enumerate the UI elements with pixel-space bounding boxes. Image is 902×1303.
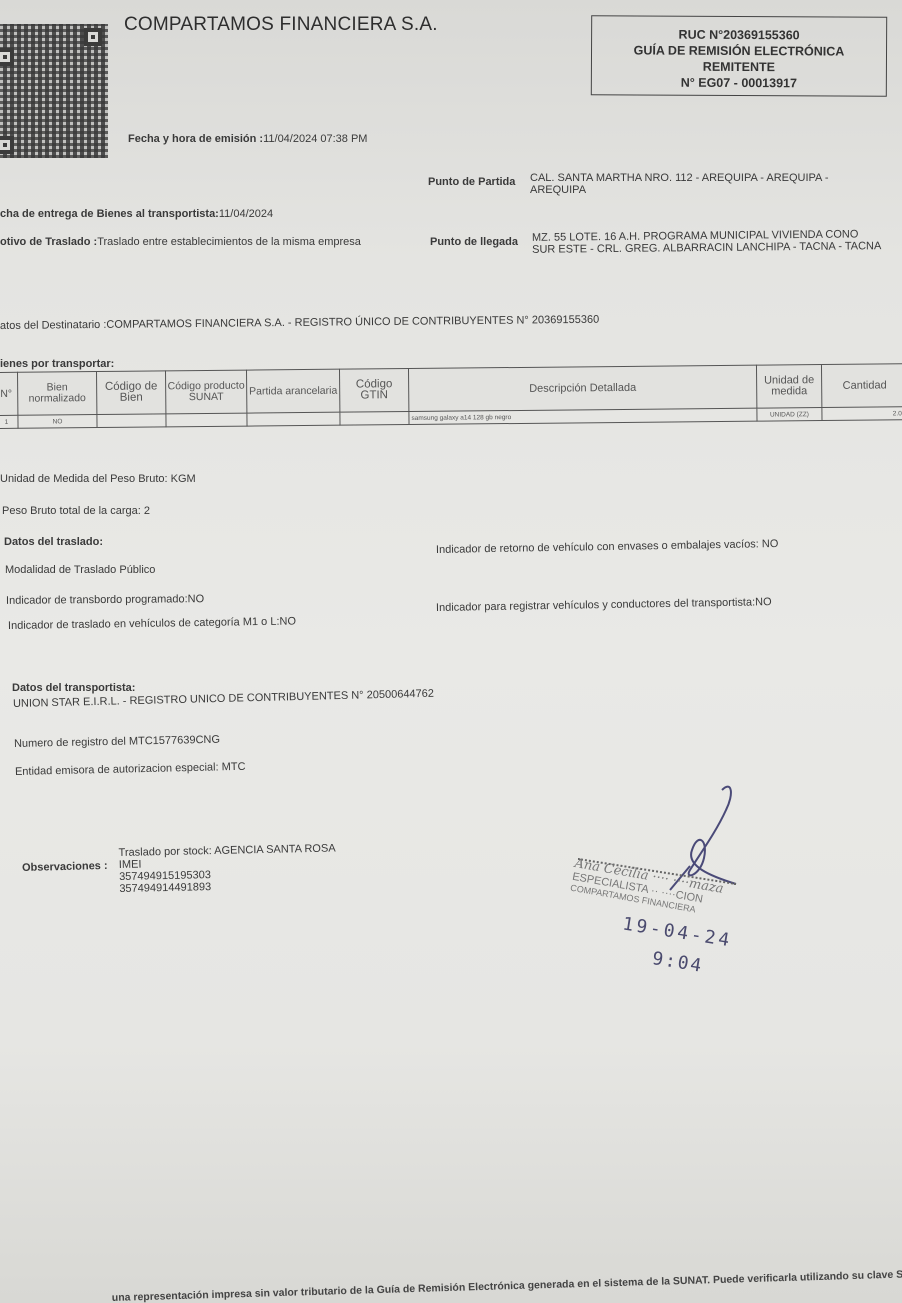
return-vehicle-indicator: Indicador de retorno de vehículo con env… (436, 538, 779, 556)
column-header: Código de Bien (97, 371, 166, 415)
qr-code (0, 24, 108, 158)
origin-label: Punto de Partida (428, 176, 515, 188)
handwritten-time: 9:04 (651, 948, 705, 977)
observations-text: Traslado por stock: AGENCIA SANTA ROSA I… (118, 842, 336, 895)
handwritten-date: 19-04-24 (621, 913, 734, 951)
cell-normalizado: NO (18, 415, 97, 429)
recipient-value: COMPARTAMOS FINANCIERA S.A. - REGISTRO Ú… (106, 314, 599, 331)
carrier-title: Datos del transportista: (12, 682, 135, 694)
goods-title: ienes por transportar: (0, 358, 114, 370)
recipient-label: atos del Destinatario : (0, 319, 106, 332)
emission-label: Fecha y hora de emisión : (128, 133, 263, 145)
transfer-title: Datos del traslado: (4, 536, 103, 548)
column-header: Código GTIN (339, 369, 408, 413)
transshipment-indicator: Indicador de transbordo programado:NO (6, 593, 204, 607)
observations-label: Observaciones : (22, 860, 108, 874)
column-header: Cantidad (821, 364, 902, 408)
ruc-box: RUC N°20369155360 GUÍA DE REMISIÓN ELECT… (591, 15, 887, 97)
transfer-reason: otivo de Traslado :Traslado entre establ… (0, 236, 361, 248)
column-header: Bien normalizado (18, 372, 97, 416)
weight-total: Peso Bruto total de la carga: 2 (2, 505, 150, 517)
column-header: Código producto SUNAT (165, 370, 246, 414)
qr-finder-icon (0, 136, 14, 154)
cell-n: 1 (0, 415, 18, 428)
reason-value: Traslado entre establecimientos de la mi… (97, 236, 361, 248)
cell-unidad: UNIDAD (ZZ) (757, 408, 822, 422)
qr-finder-icon (84, 28, 102, 46)
cell-codigo-sunat (166, 413, 247, 427)
delivery-date-label: cha de entrega de Bienes al transportist… (0, 208, 219, 220)
delivery-date: cha de entrega de Bienes al transportist… (0, 208, 273, 220)
emission-value: 11/04/2024 07:38 PM (263, 133, 367, 145)
cell-codigo-bien (97, 414, 166, 428)
origin-value: CAL. SANTA MARTHA NRO. 112 - AREQUIPA - … (530, 172, 870, 196)
document-type: GUÍA DE REMISIÓN ELECTRÓNICA (592, 42, 886, 60)
cell-descripcion: samsung galaxy a14 128 gb negro (409, 408, 757, 424)
carrier-authority: Entidad emisora de autorizacion especial… (15, 761, 246, 778)
cell-partida (247, 412, 340, 426)
document-subtype: REMITENTE (592, 58, 886, 76)
delivery-date-value: 11/04/2024 (219, 208, 273, 220)
cell-gtin (340, 412, 409, 426)
emission-date: Fecha y hora de emisión :11/04/2024 07:3… (128, 133, 367, 145)
column-header: Descripción Detallada (408, 365, 756, 411)
recipient: atos del Destinatario :COMPARTAMOS FINAN… (0, 314, 599, 332)
weight-unit: Unidad de Medida del Peso Bruto: KGM (0, 473, 196, 485)
cell-cantidad: 2.00 (822, 407, 902, 421)
column-header: N° (0, 372, 18, 415)
qr-finder-icon (0, 48, 14, 66)
register-vehicles-indicator: Indicador para registrar vehículos y con… (436, 596, 772, 614)
m1-l-indicator: Indicador de traslado en vehículos de ca… (8, 615, 296, 632)
company-name: COMPARTAMOS FINANCIERA S.A. (124, 14, 438, 36)
destination-value: MZ. 55 LOTE. 16 A.H. PROGRAMA MUNICIPAL … (532, 228, 882, 256)
document-number: N° EG07 - 00013917 (592, 74, 886, 92)
reason-label: otivo de Traslado : (0, 236, 97, 248)
ruc-number: RUC N°20369155360 (592, 26, 886, 44)
goods-table: N° Bien normalizado Código de Bien Códig… (0, 363, 902, 429)
column-header: Unidad de medida (756, 365, 821, 409)
destination-label: Punto de llegada (430, 236, 518, 248)
transfer-modality: Modalidad de Traslado Público (5, 564, 155, 576)
footer-disclaimer: una representación impresa sin valor tri… (112, 1268, 902, 1303)
carrier-mtc: Numero de registro del MTC1577639CNG (14, 734, 220, 750)
column-header: Partida arancelaria (246, 369, 339, 413)
